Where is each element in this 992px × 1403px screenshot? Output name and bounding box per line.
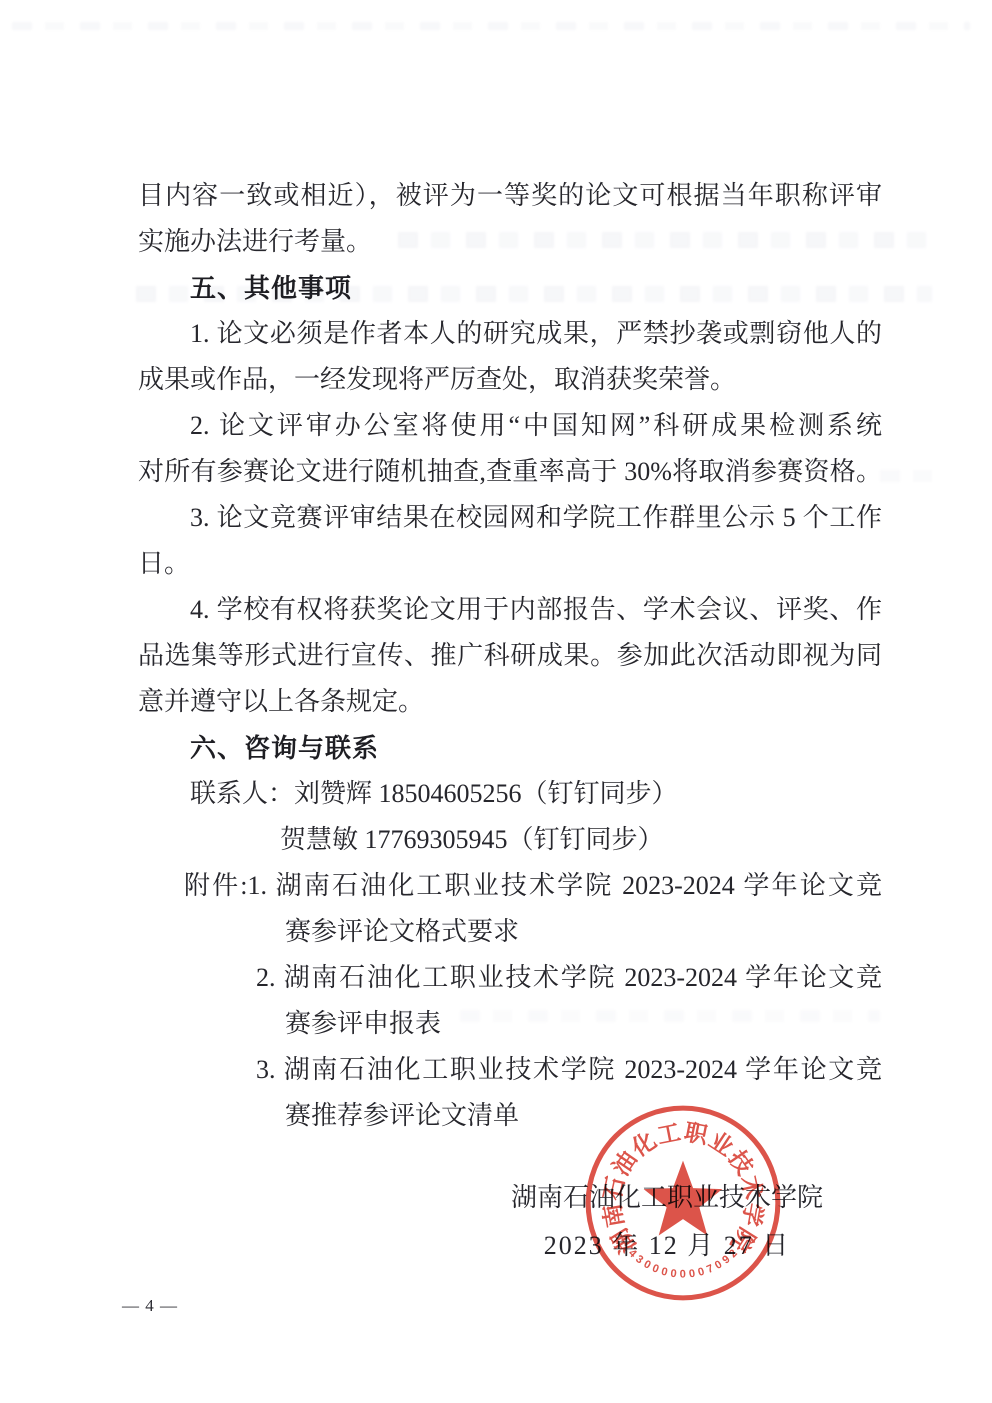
body-line: 日。 <box>138 541 882 587</box>
contact-line: 联系人：刘赞辉 18504605256（钉钉同步） <box>138 771 882 817</box>
document-body: 目内容一致或相近），被评为一等奖的论文可根据当年职称评审 实施办法进行考量。 五… <box>138 173 882 1139</box>
body-line: 实施办法进行考量。 <box>138 219 882 265</box>
page-number: — 4 — <box>122 1296 178 1316</box>
body-line: 1. 论文必须是作者本人的研究成果，严禁抄袭或剽窃他人的 <box>138 311 882 357</box>
body-line: 2. 论文评审办公室将使用“中国知网”科研成果检测系统 <box>138 403 882 449</box>
signature-date: 2023 年 12 月 27 日 <box>430 1222 904 1270</box>
scanned-document-page: 目内容一致或相近），被评为一等奖的论文可根据当年职称评审 实施办法进行考量。 五… <box>0 0 992 1403</box>
body-line: 对所有参赛论文进行随机抽查,查重率高于 30%将取消参赛资格。 <box>138 449 882 495</box>
section-heading-6: 六、咨询与联系 <box>138 725 882 771</box>
body-line: 3. 论文竞赛评审结果在校园网和学院工作群里公示 5 个工作 <box>138 495 882 541</box>
body-line: 成果或作品，一经发现将严厉查处，取消获奖荣誉。 <box>138 357 882 403</box>
attachment-line: 附件:1. 湖南石油化工职业技术学院 2023-2024 学年论文竞 <box>138 863 882 909</box>
body-line: 品选集等形式进行宣传、推广科研成果。参加此次活动即视为同 <box>138 633 882 679</box>
body-line: 4. 学校有权将获奖论文用于内部报告、学术会议、评奖、作 <box>138 587 882 633</box>
attachment-line: 3. 湖南石油化工职业技术学院 2023-2024 学年论文竞 <box>138 1047 882 1093</box>
signature-block: 湖南石油化工职业技术学院 2023 年 12 月 27 日 <box>430 1174 904 1270</box>
section-heading-5: 五、其他事项 <box>138 265 882 311</box>
attachment-line: 赛参评论文格式要求 <box>138 909 882 955</box>
body-line: 目内容一致或相近），被评为一等奖的论文可根据当年职称评审 <box>138 173 882 219</box>
scan-artifact <box>880 470 940 482</box>
scan-artifact <box>12 22 970 30</box>
contact-line: 贺慧敏 17769305945（钉钉同步） <box>138 817 882 863</box>
attachment-line: 赛推荐参评论文清单 <box>138 1093 882 1139</box>
attachment-line: 赛参评申报表 <box>138 1001 882 1047</box>
signature-organization: 湖南石油化工职业技术学院 <box>430 1174 904 1222</box>
body-line: 意并遵守以上各条规定。 <box>138 679 882 725</box>
attachment-line: 2. 湖南石油化工职业技术学院 2023-2024 学年论文竞 <box>138 955 882 1001</box>
